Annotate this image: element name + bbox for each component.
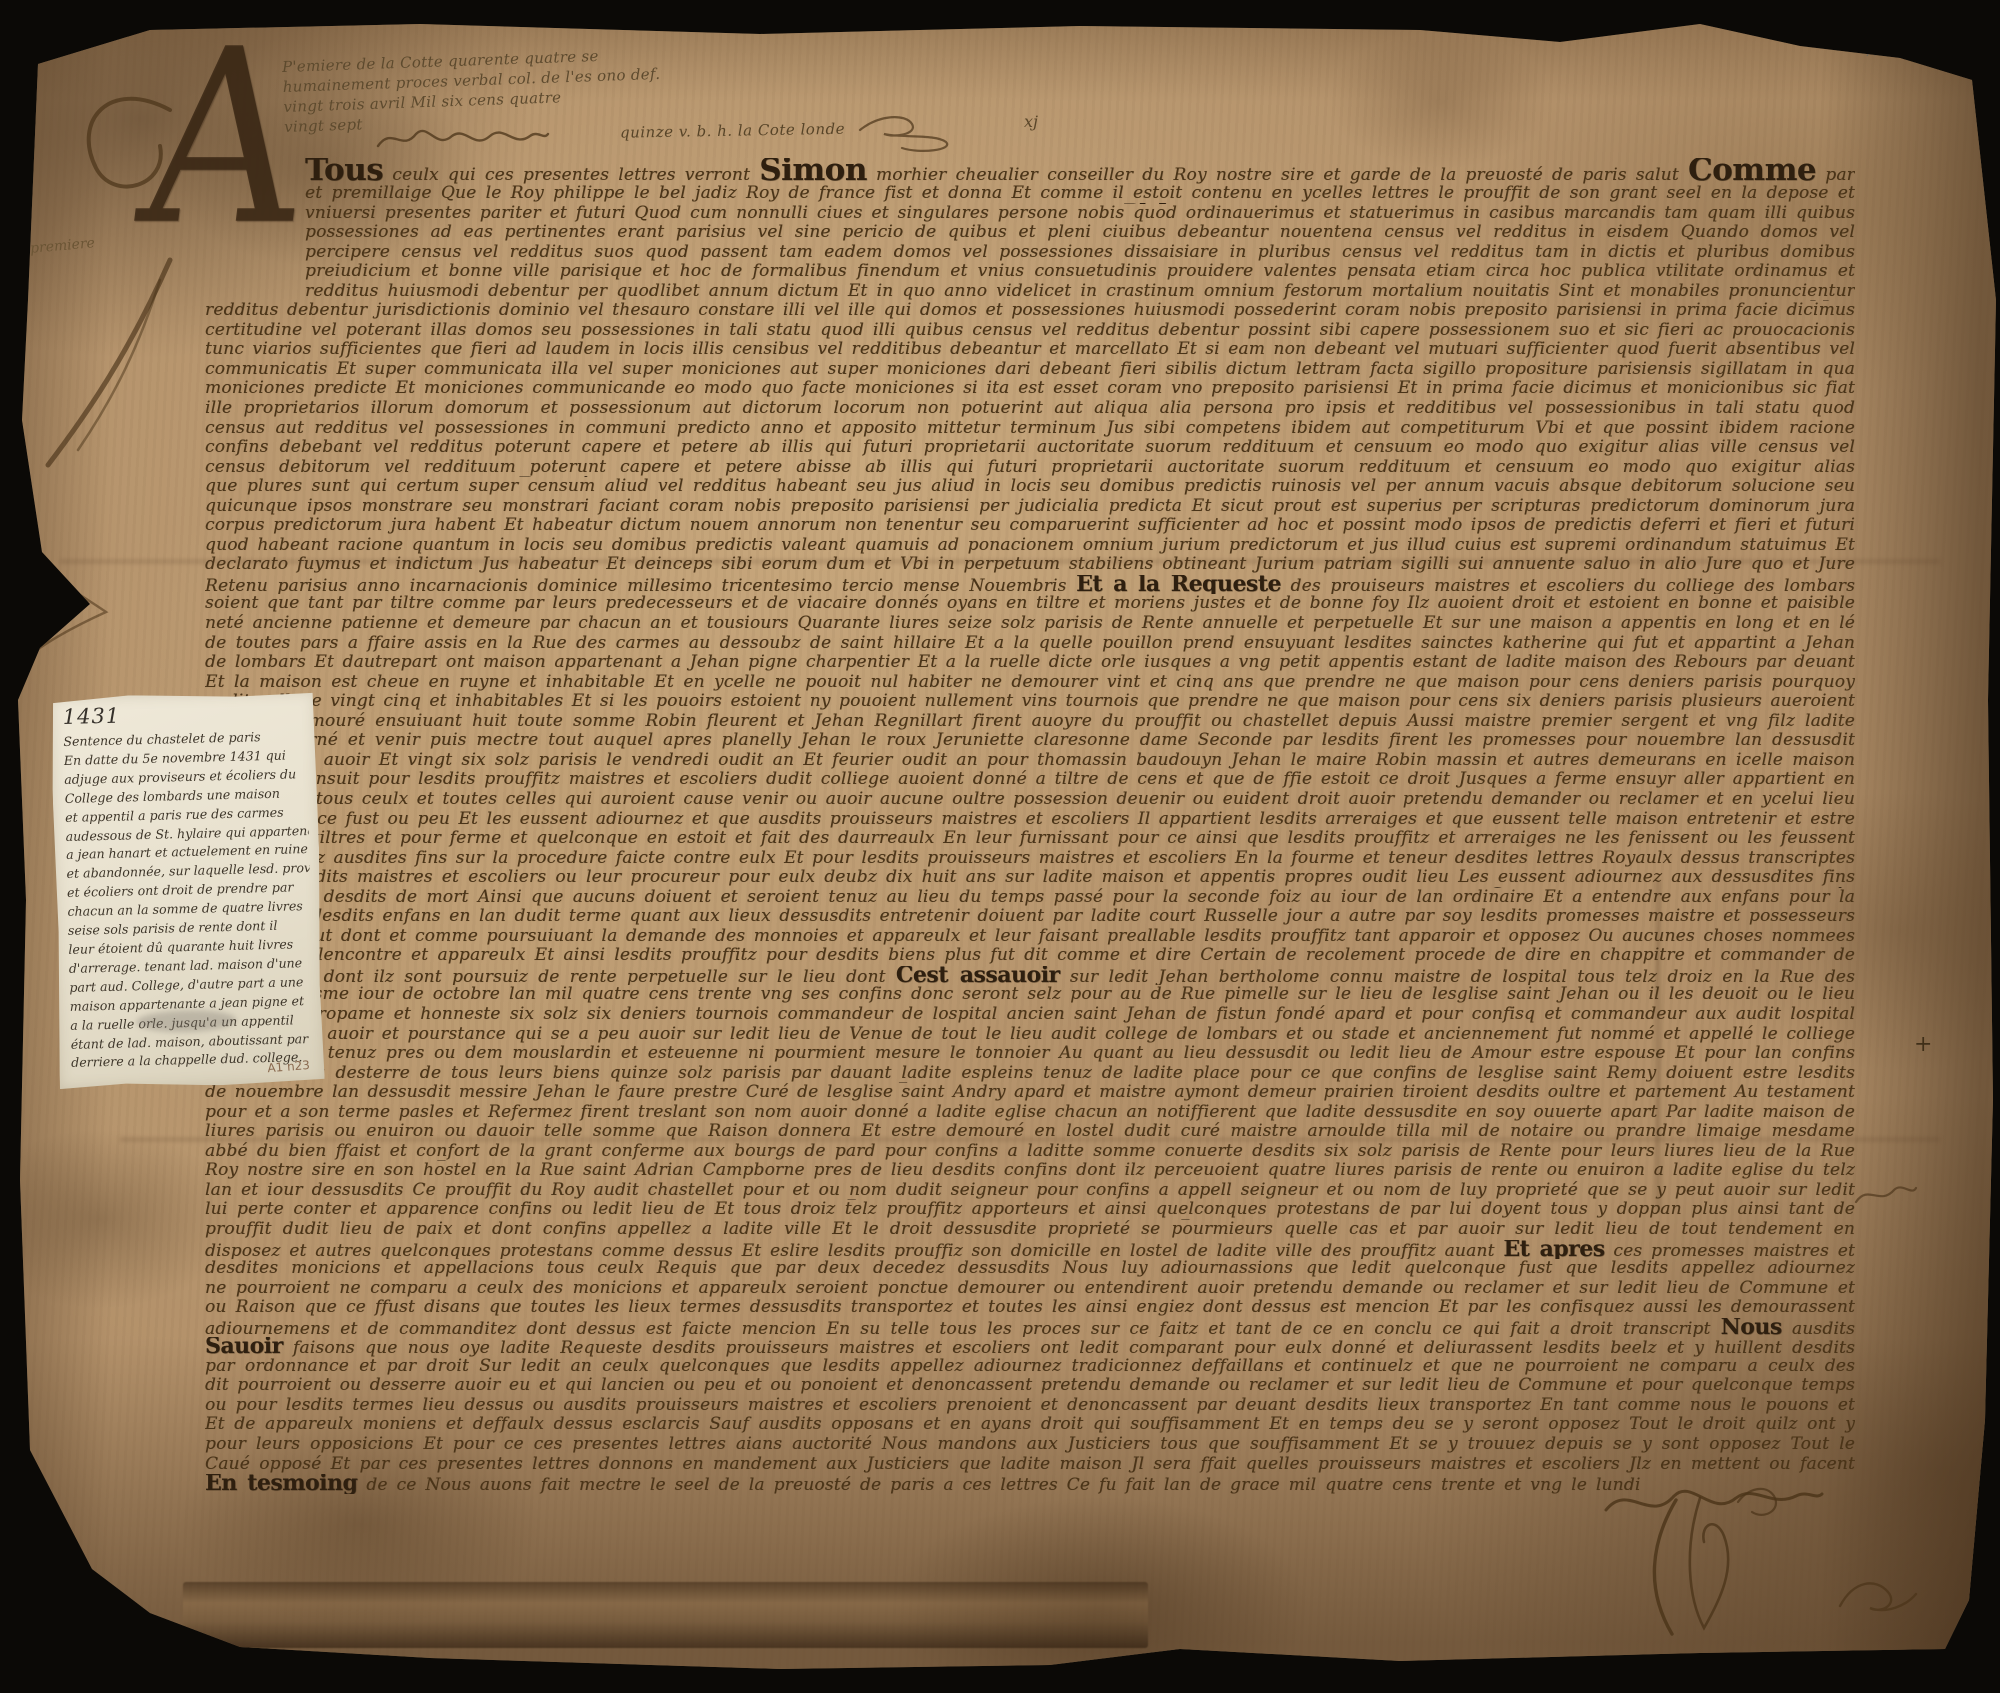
decorated-word: En tesmoing [205,1474,357,1494]
line-text: Caué opposé Et par ces presentes lettres… [205,1455,1855,1475]
line-text: corpus predictorum jura habent Et habeat… [205,516,1855,536]
decorated-word: Nous [1721,1318,1782,1338]
line-text: Et de appareulx moniens et deffaulx dess… [205,1415,1855,1435]
manuscript-line: quicunque ipsos monstrare seu monstrari … [205,497,1855,517]
manuscript-line: dessusdit et auoir Et vingt six solz par… [205,751,1855,771]
manuscript-line: declarato fuymus et indictum Jus habeatu… [205,555,1855,575]
line-text: redditus debentur jurisdictionis dominio… [205,301,1855,321]
line-text: pour et a son terme pasles et Refermez f… [205,1103,1855,1123]
manuscript-line: oudit college vingt cinq et inhabitables… [205,692,1855,712]
line-text: neté ancienne patienne et demeure par ch… [205,614,1855,634]
manuscript-line: lui perte conter et apparence confins ou… [205,1200,1855,1220]
manuscript-text-block: Tous ceulx qui ces presentes lettres ver… [205,158,1855,1494]
marginal-squiggle-right [1850,1176,1920,1216]
manuscript-line: ille proprietarios illorum domorum et po… [205,399,1855,419]
manuscript-line: de nouembre lan dessusdit messire Jehan … [205,1083,1855,1103]
line-text: ille proprietarios illorum domorum et po… [205,399,1855,419]
line-text: son proces desdits enfans en lan dudit t… [205,907,1855,926]
manuscript-line: certitudine vel poterant illas domos seu… [205,321,1855,341]
line-text: de toutes pars a ffaire assis en la Rue … [205,634,1855,654]
manuscript-line: il pourroient auoir et pourstance qui se… [205,1025,1855,1045]
line-text: de lombars Et dautrepart ont maison appa… [205,653,1855,673]
line-text: preiudicium et bonne ville parisique et … [305,262,1855,282]
manuscript-line: Tous ceulx qui ces presentes lettres ver… [305,158,1855,184]
manuscript-line: de lombars Et dautrepart ont maison appa… [205,653,1855,673]
line-text: quicunque ipsos monstrare seu monstrari … [205,497,1855,517]
manuscript-line: Sauoir faisons que nous oye ladite Reque… [205,1337,1855,1357]
manuscript-line: soient que tant par tiltre comme par leu… [205,594,1855,614]
decorated-word: Cest assauoir [896,966,1060,986]
manuscript-line: preiudicium et bonne ville parisique et … [305,262,1855,282]
manuscript-line: que plures sunt qui certum super censum … [205,477,1855,497]
line-text: Roy nostre sire en son hostel en la Rue … [205,1161,1855,1181]
line-text: de nouembre lan dessusdit messire Jehan … [205,1083,1855,1103]
line-text: que plures sunt qui certum super censum … [205,477,1855,497]
line-text: et estre demouré ensuiuant huit toute so… [205,712,1855,732]
manuscript-line: communicatis Et super communicata illa v… [205,360,1855,380]
manuscript-line: pour et a son terme pasles et Refermez f… [205,1103,1855,1123]
line-text: maison que ce fust ou peu Et les eussent… [205,810,1855,830]
decorated-word: Comme [1688,158,1816,184]
collation-cross-mark: + [1914,1032,1932,1057]
line-text: de ce que propame et honneste six solz s… [205,1005,1855,1025]
line-text: census debitorum vel reddituum poterunt … [205,458,1855,478]
manuscript-line: des consors dont ilz sont poursuiz de re… [205,966,1855,986]
line-text: ou Raison que ce ffust disans que toutes… [205,1298,1855,1318]
manuscript-line: et premillaige Que le Roy philippe le be… [305,184,1855,204]
line-text: de ce Nous auons fait mectre le seel de … [205,1475,1641,1494]
line-text: moniciones predicte Et moniciones commun… [205,379,1855,399]
line-text: confins debebant vel redditus poterunt c… [205,438,1855,458]
manuscript-line: tunc viarios sufficientes que fieri ad l… [205,340,1855,360]
line-text: il pourroient auoir et pourstance qui se… [205,1025,1855,1045]
manuscript-line: neté ancienne patienne et demeure par ch… [205,614,1855,634]
manuscript-line: sans y estre tenuz pres ou dem mouslardi… [205,1044,1855,1064]
margin-note: premiere [29,235,95,257]
manuscript-line: son proces desdits enfans en lan dudit t… [205,907,1855,927]
manuscript-line: adiournemens et de commanditez dont dess… [205,1318,1855,1338]
line-text: dessusdit et auoir Et vingt six solz par… [205,751,1855,771]
manuscript-line: et estre demouré ensuiuant huit toute so… [205,712,1855,732]
line-text: neantmoins tous ceulx et toutes celles q… [205,790,1855,810]
line-text: prouffit dudit lieu de paix et dont conf… [205,1220,1855,1240]
line-text: estre adiourné et venir puis mectre tout… [205,731,1855,751]
manuscript-line: de ceulx sicut dont et comme poursuiuant… [205,927,1855,947]
line-text: ceulx qui ces presentes lettres verront [383,165,759,184]
manuscript-line: sur ledit lieu desterre de tous leurs bi… [205,1064,1855,1084]
manuscript-line: et baillez a lencontre et appareulx Et a… [205,946,1855,966]
manuscript-line: neantmoins tous ceulx et toutes celles q… [205,790,1855,810]
line-text: certitudine vel poterant illas domos seu… [205,321,1855,341]
manuscript-line: Et la maison est cheue en ruyne et inhab… [205,673,1855,693]
line-text: sans y estre tenuz pres ou dem mouslardi… [205,1044,1855,1064]
manuscript-line: vingt neufiesme iour de octobre lan mil … [205,985,1855,1005]
manuscript-line: En tesmoing de ce Nous auons fait mectre… [205,1474,1641,1494]
decorated-word: Sauoir [205,1337,283,1357]
line-text: morhier cheualier conseiller du Roy nost… [867,165,1688,184]
line-text: oudit college vingt cinq et inhabitables… [205,692,1855,712]
line-text: de ceulx sicut dont et comme poursuiuant… [205,927,1855,947]
photo-background: A P'emiere de la Cotte quarente quatre s… [0,0,2000,1693]
line-text: Retenu parisius anno incarnacionis domin… [205,576,1076,595]
line-text: et baillez a lencontre et appareulx Et a… [205,946,1855,966]
parchment-fold [183,1582,1148,1648]
manuscript-line: desdites monicions et appellacions tous … [205,1259,1855,1279]
manuscript-line: de ce que propame et honneste six solz s… [205,1005,1855,1025]
line-text: possessiones ad eas pertinentes erant pa… [305,223,1855,243]
decorated-word: Et a la Requeste [1076,575,1281,595]
corner-squiggle-bottom-right [1832,1570,1922,1620]
line-text: lan et iour dessusdits Ce prouffit du Ro… [205,1181,1855,1201]
parchment-sheet: A P'emiere de la Cotte quarente quatre s… [0,0,2000,1693]
manuscript-line: vniuersi presentes pariter et futuri Quo… [305,204,1855,224]
line-text: soient que tant par tiltre comme par leu… [205,594,1855,614]
folio-mark: xj [1024,112,1038,131]
manuscript-line: la teneur sensuit pour lesdits prouffitz… [205,770,1855,790]
manuscript-line: ou Raison que ce ffust disans que toutes… [205,1298,1855,1318]
line-text: aux prouffiz desdits de mort Ainsi que a… [205,888,1855,908]
line-text: declarato fuymus et indictum Jus habeatu… [205,555,1855,575]
line-text: census aut redditus vel possessiones in … [205,419,1855,439]
label-year: 1431 [62,699,306,729]
manuscript-line: confins debebant vel redditus poterunt c… [205,438,1855,458]
line-text: tunc viarios sufficientes que fieri ad l… [205,340,1855,360]
manuscript-line: maison que ce fust ou peu Et les eussent… [205,810,1855,830]
manuscript-line: Retenu parisius anno incarnacionis domin… [205,575,1855,595]
manuscript-line: par ordonnance et par droit Sur ledit an… [205,1357,1855,1377]
manuscript-line: Roy nostre sire en son hostel en la Rue … [205,1161,1855,1181]
manuscript-line: liures parisis ou enuiron ou dauoir tell… [205,1122,1855,1142]
line-text: sur ledit lieu desterre de tous leurs bi… [205,1064,1855,1084]
manuscript-line: corpus predictorum jura habent Et habeat… [205,516,1855,536]
line-text: percipere census vel redditus suos quod … [305,243,1855,263]
manuscript-line: Et de appareulx moniens et deffaulx dess… [205,1415,1855,1435]
manuscript-line: Caué opposé Et par ces presentes lettres… [205,1455,1855,1475]
line-text: disposez et autres quelconques protestan… [205,1241,1503,1260]
manuscript-line: aux prouffiz desdits de mort Ainsi que a… [205,888,1855,908]
line-text: la teneur sensuit pour lesdits prouffitz… [205,770,1855,790]
line-text: liures parisis ou enuiron ou dauoir tell… [205,1122,1855,1142]
line-text: dit pourroient ou desserre auoir eu et q… [205,1376,1855,1396]
line-text: vniuersi presentes pariter et futuri Quo… [305,204,1855,224]
decorated-word: Simon [759,158,867,184]
manuscript-line: estre adiourné et venir puis mectre tout… [205,731,1855,751]
manuscript-line: redditus debentur jurisdictionis dominio… [205,301,1855,321]
line-text: par ordonnance et par droit Sur ledit an… [205,1357,1855,1377]
manuscript-line: census debitorum vel reddituum poterunt … [205,458,1855,478]
line-text: redditus huiusmodi debentur per quodlibe… [305,282,1855,302]
line-text: que lesdits tiltres et pour ferme et que… [205,829,1855,849]
line-text: et premillaige Que le Roy philippe le be… [305,184,1855,204]
archivist-paper-label: 1431 Sentence du chastelet de parisEn da… [50,691,324,1089]
decorated-word: Et apres [1503,1240,1604,1260]
line-text: desdites monicions et appellacions tous … [205,1259,1855,1279]
decorated-word: Tous [305,158,383,184]
manuscript-line: disposez et autres quelconques protestan… [205,1240,1855,1260]
manuscript-line: prouffit dudit lieu de paix et dont conf… [205,1220,1855,1240]
manuscript-line: quod habeant racione quantum in locis se… [205,536,1855,556]
manuscript-line: estoient ausdits maistres et escoliers o… [205,868,1855,888]
manuscript-line: percipere census vel redditus suos quod … [305,243,1855,263]
manuscript-line: possessiones ad eas pertinentes erant pa… [305,223,1855,243]
manuscript-line: dit pourroient ou desserre auoir eu et q… [205,1376,1855,1396]
line-text: ou pour lesdits termes lieu dessus ou au… [205,1396,1855,1416]
manuscript-line: redditus huiusmodi debentur per quodlibe… [305,282,1855,302]
manuscript-line: pour leurs opposicions Et pour ce ces pr… [205,1435,1855,1455]
line-text: ne pourroient ne comparu a ceulx des mon… [205,1279,1855,1299]
archival-note-center-text: quinze v. b. h. la Cote londe [620,120,845,142]
manuscript-line: ou pour lesdits termes lieu dessus ou au… [205,1396,1855,1416]
manuscript-line: estoient allez ausdites fins sur la proc… [205,849,1855,869]
label-shelfmark: A1 n23 [267,1058,310,1075]
manuscript-line: de toutes pars a ffaire assis en la Rue … [205,634,1855,654]
manuscript-line: census aut redditus vel possessiones in … [205,419,1855,439]
line-text: Et la maison est cheue en ruyne et inhab… [205,673,1855,693]
edge-tear [18,540,128,660]
line-text: quod habeant racione quantum in locis se… [205,536,1855,556]
manuscript-line: lan et iour dessusdits Ce prouffit du Ro… [205,1181,1855,1201]
manuscript-line: ne pourroient ne comparu a ceulx des mon… [205,1279,1855,1299]
line-text: faisons que nous oye ladite Requeste des… [205,1338,1855,1357]
notary-signature-flourish [1588,1468,1828,1643]
manuscript-line: moniciones predicte Et moniciones commun… [205,379,1855,399]
line-text: communicatis Et super communicata illa v… [205,360,1855,380]
manuscript-line: abbé du bien ffaist et confort de la gra… [205,1142,1855,1162]
line-text: vingt neufiesme iour de octobre lan mil … [205,985,1855,1005]
line-text: adiournemens et de commanditez dont dess… [205,1319,1721,1338]
line-text: estoient allez ausdites fins sur la proc… [205,849,1855,869]
line-text: lui perte conter et apparence confins ou… [205,1200,1855,1220]
vertical-crease [1656,880,1660,1210]
line-text: pour leurs opposicions Et pour ce ces pr… [205,1435,1855,1455]
manuscript-line: que lesdits tiltres et pour ferme et que… [205,829,1855,849]
shelfmark-top-right: A1 a 23 [1866,40,1928,60]
